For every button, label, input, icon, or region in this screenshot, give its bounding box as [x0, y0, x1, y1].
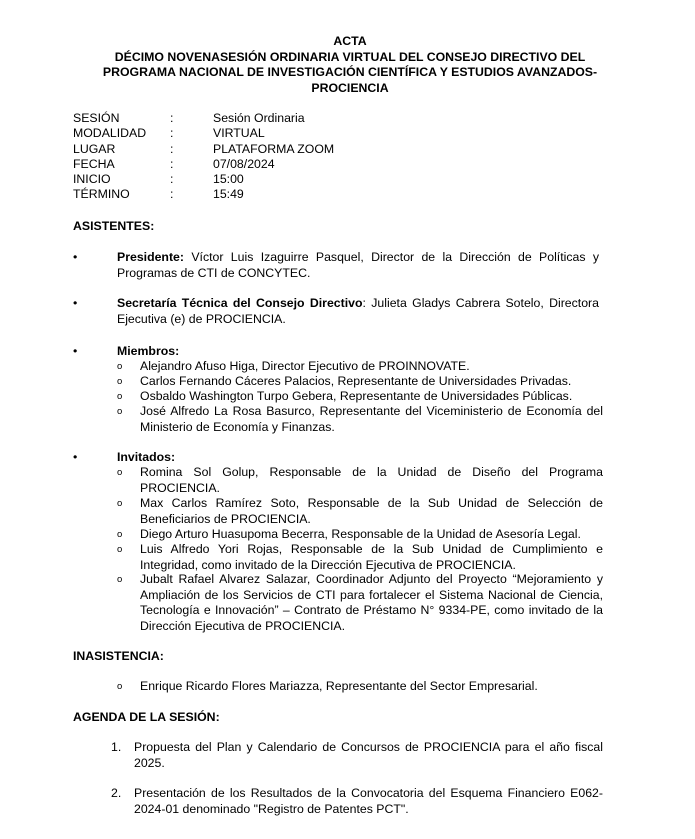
- info-separator: :: [170, 172, 213, 187]
- session-info-row: TÉRMINO : 15:49: [73, 187, 334, 202]
- sub-bullet-icon: o: [117, 542, 122, 558]
- agenda-item: 2. Presentación de los Resultados de la …: [111, 786, 603, 817]
- attendees-heading: ASISTENTES:: [73, 219, 154, 233]
- secretary-role: Secretaría Técnica del Consejo Directivo: [117, 296, 363, 310]
- document-subtitle-line-1: DÉCIMO NOVENASESIÓN ORDINARIA VIRTUAL DE…: [60, 50, 640, 66]
- info-value: PLATAFORMA ZOOM: [213, 142, 334, 157]
- sub-bullet-icon: o: [117, 572, 122, 588]
- sub-bullet-icon: o: [117, 679, 122, 695]
- info-separator: :: [170, 111, 213, 126]
- sub-bullet-icon: o: [117, 465, 122, 481]
- sub-bullet-icon: o: [117, 374, 122, 390]
- document-subtitle-line-2: PROGRAMA NACIONAL DE INVESTIGACIÓN CIENT…: [60, 65, 640, 81]
- info-value: VIRTUAL: [213, 126, 265, 141]
- guest-item: o Diego Arturo Huasupoma Becerra, Respon…: [117, 527, 603, 543]
- guest-item: o Luis Alfredo Yori Rojas, Responsable d…: [117, 542, 603, 573]
- member-item: o Alejandro Afuso Higa, Director Ejecuti…: [117, 359, 603, 375]
- document-title: ACTA: [60, 34, 640, 50]
- member-item: o Osbaldo Washington Turpo Gebera, Repre…: [117, 389, 603, 405]
- session-info-row: SESIÓN : Sesión Ordinaria: [73, 111, 334, 126]
- document-page: ACTA DÉCIMO NOVENASESIÓN ORDINARIA VIRTU…: [0, 0, 695, 839]
- info-separator: :: [170, 157, 213, 172]
- guest-text: Jubalt Rafael Alvarez Salazar, Coordinad…: [140, 572, 603, 634]
- info-value: 15:49: [213, 187, 244, 202]
- agenda-item-text: Propuesta del Plan y Calendario de Concu…: [134, 740, 603, 771]
- session-info-table: SESIÓN : Sesión Ordinaria MODALIDAD : VI…: [73, 111, 334, 203]
- members-entry: Miembros:: [117, 344, 599, 360]
- agenda-item: 1. Propuesta del Plan y Calendario de Co…: [111, 740, 603, 771]
- bullet-icon: •: [73, 250, 77, 264]
- president-entry: Presidente: Víctor Luis Izaguirre Pasque…: [117, 250, 599, 281]
- sub-bullet-icon: o: [117, 496, 122, 512]
- secretary-entry: Secretaría Técnica del Consejo Directivo…: [117, 296, 599, 327]
- info-value: 15:00: [213, 172, 244, 187]
- sub-bullet-icon: o: [117, 359, 122, 375]
- guest-item: o Romina Sol Golup, Responsable de la Un…: [117, 465, 603, 496]
- member-text: Osbaldo Washington Turpo Gebera, Represe…: [140, 389, 603, 405]
- agenda-item-number: 2.: [111, 786, 121, 802]
- document-header: ACTA DÉCIMO NOVENASESIÓN ORDINARIA VIRTU…: [60, 34, 640, 96]
- agenda-item-text: Presentación de los Resultados de la Con…: [134, 786, 603, 817]
- info-label: TÉRMINO: [73, 187, 170, 202]
- info-label: INICIO: [73, 172, 170, 187]
- info-separator: :: [170, 142, 213, 157]
- bullet-icon: •: [73, 450, 77, 464]
- info-label: MODALIDAD: [73, 126, 170, 141]
- info-separator: :: [170, 126, 213, 141]
- president-text: Víctor Luis Izaguirre Pasquel, Director …: [117, 250, 599, 280]
- info-label: SESIÓN: [73, 111, 170, 126]
- bullet-icon: •: [73, 296, 77, 310]
- bullet-icon: •: [73, 344, 77, 358]
- member-item: o José Alfredo La Rosa Basurco, Represen…: [117, 404, 603, 435]
- member-text: Carlos Fernando Cáceres Palacios, Repres…: [140, 374, 603, 390]
- absence-item: o Enrique Ricardo Flores Mariazza, Repre…: [117, 679, 603, 695]
- session-info-row: INICIO : 15:00: [73, 172, 334, 187]
- guest-item: o Jubalt Rafael Alvarez Salazar, Coordin…: [117, 572, 603, 634]
- sub-bullet-icon: o: [117, 389, 122, 405]
- session-info-row: MODALIDAD : VIRTUAL: [73, 126, 334, 141]
- agenda-heading: AGENDA DE LA SESIÓN:: [73, 710, 220, 724]
- sub-bullet-icon: o: [117, 527, 122, 543]
- guest-text: Luis Alfredo Yori Rojas, Responsable de …: [140, 542, 603, 573]
- absence-text: Enrique Ricardo Flores Mariazza, Represe…: [140, 679, 603, 695]
- guest-text: Romina Sol Golup, Responsable de la Unid…: [140, 465, 603, 496]
- info-value: 07/08/2024: [213, 157, 275, 172]
- member-text: José Alfredo La Rosa Basurco, Representa…: [140, 404, 603, 435]
- member-item: o Carlos Fernando Cáceres Palacios, Repr…: [117, 374, 603, 390]
- president-role: Presidente:: [117, 250, 184, 264]
- info-value: Sesión Ordinaria: [213, 111, 305, 126]
- info-label: LUGAR: [73, 142, 170, 157]
- guest-item: o Max Carlos Ramírez Soto, Responsable d…: [117, 496, 603, 527]
- document-subtitle-line-3: PROCIENCIA: [60, 81, 640, 97]
- members-role: Miembros:: [117, 344, 179, 358]
- guests-role: Invitados:: [117, 450, 175, 464]
- member-text: Alejandro Afuso Higa, Director Ejecutivo…: [140, 359, 603, 375]
- info-label: FECHA: [73, 157, 170, 172]
- guests-entry: Invitados:: [117, 450, 599, 466]
- sub-bullet-icon: o: [117, 404, 122, 420]
- guest-text: Diego Arturo Huasupoma Becerra, Responsa…: [140, 527, 603, 543]
- agenda-item-number: 1.: [111, 740, 121, 756]
- absence-heading: INASISTENCIA:: [73, 649, 164, 663]
- guest-text: Max Carlos Ramírez Soto, Responsable de …: [140, 496, 603, 527]
- session-info-row: LUGAR : PLATAFORMA ZOOM: [73, 142, 334, 157]
- session-info-row: FECHA : 07/08/2024: [73, 157, 334, 172]
- info-separator: :: [170, 187, 213, 202]
